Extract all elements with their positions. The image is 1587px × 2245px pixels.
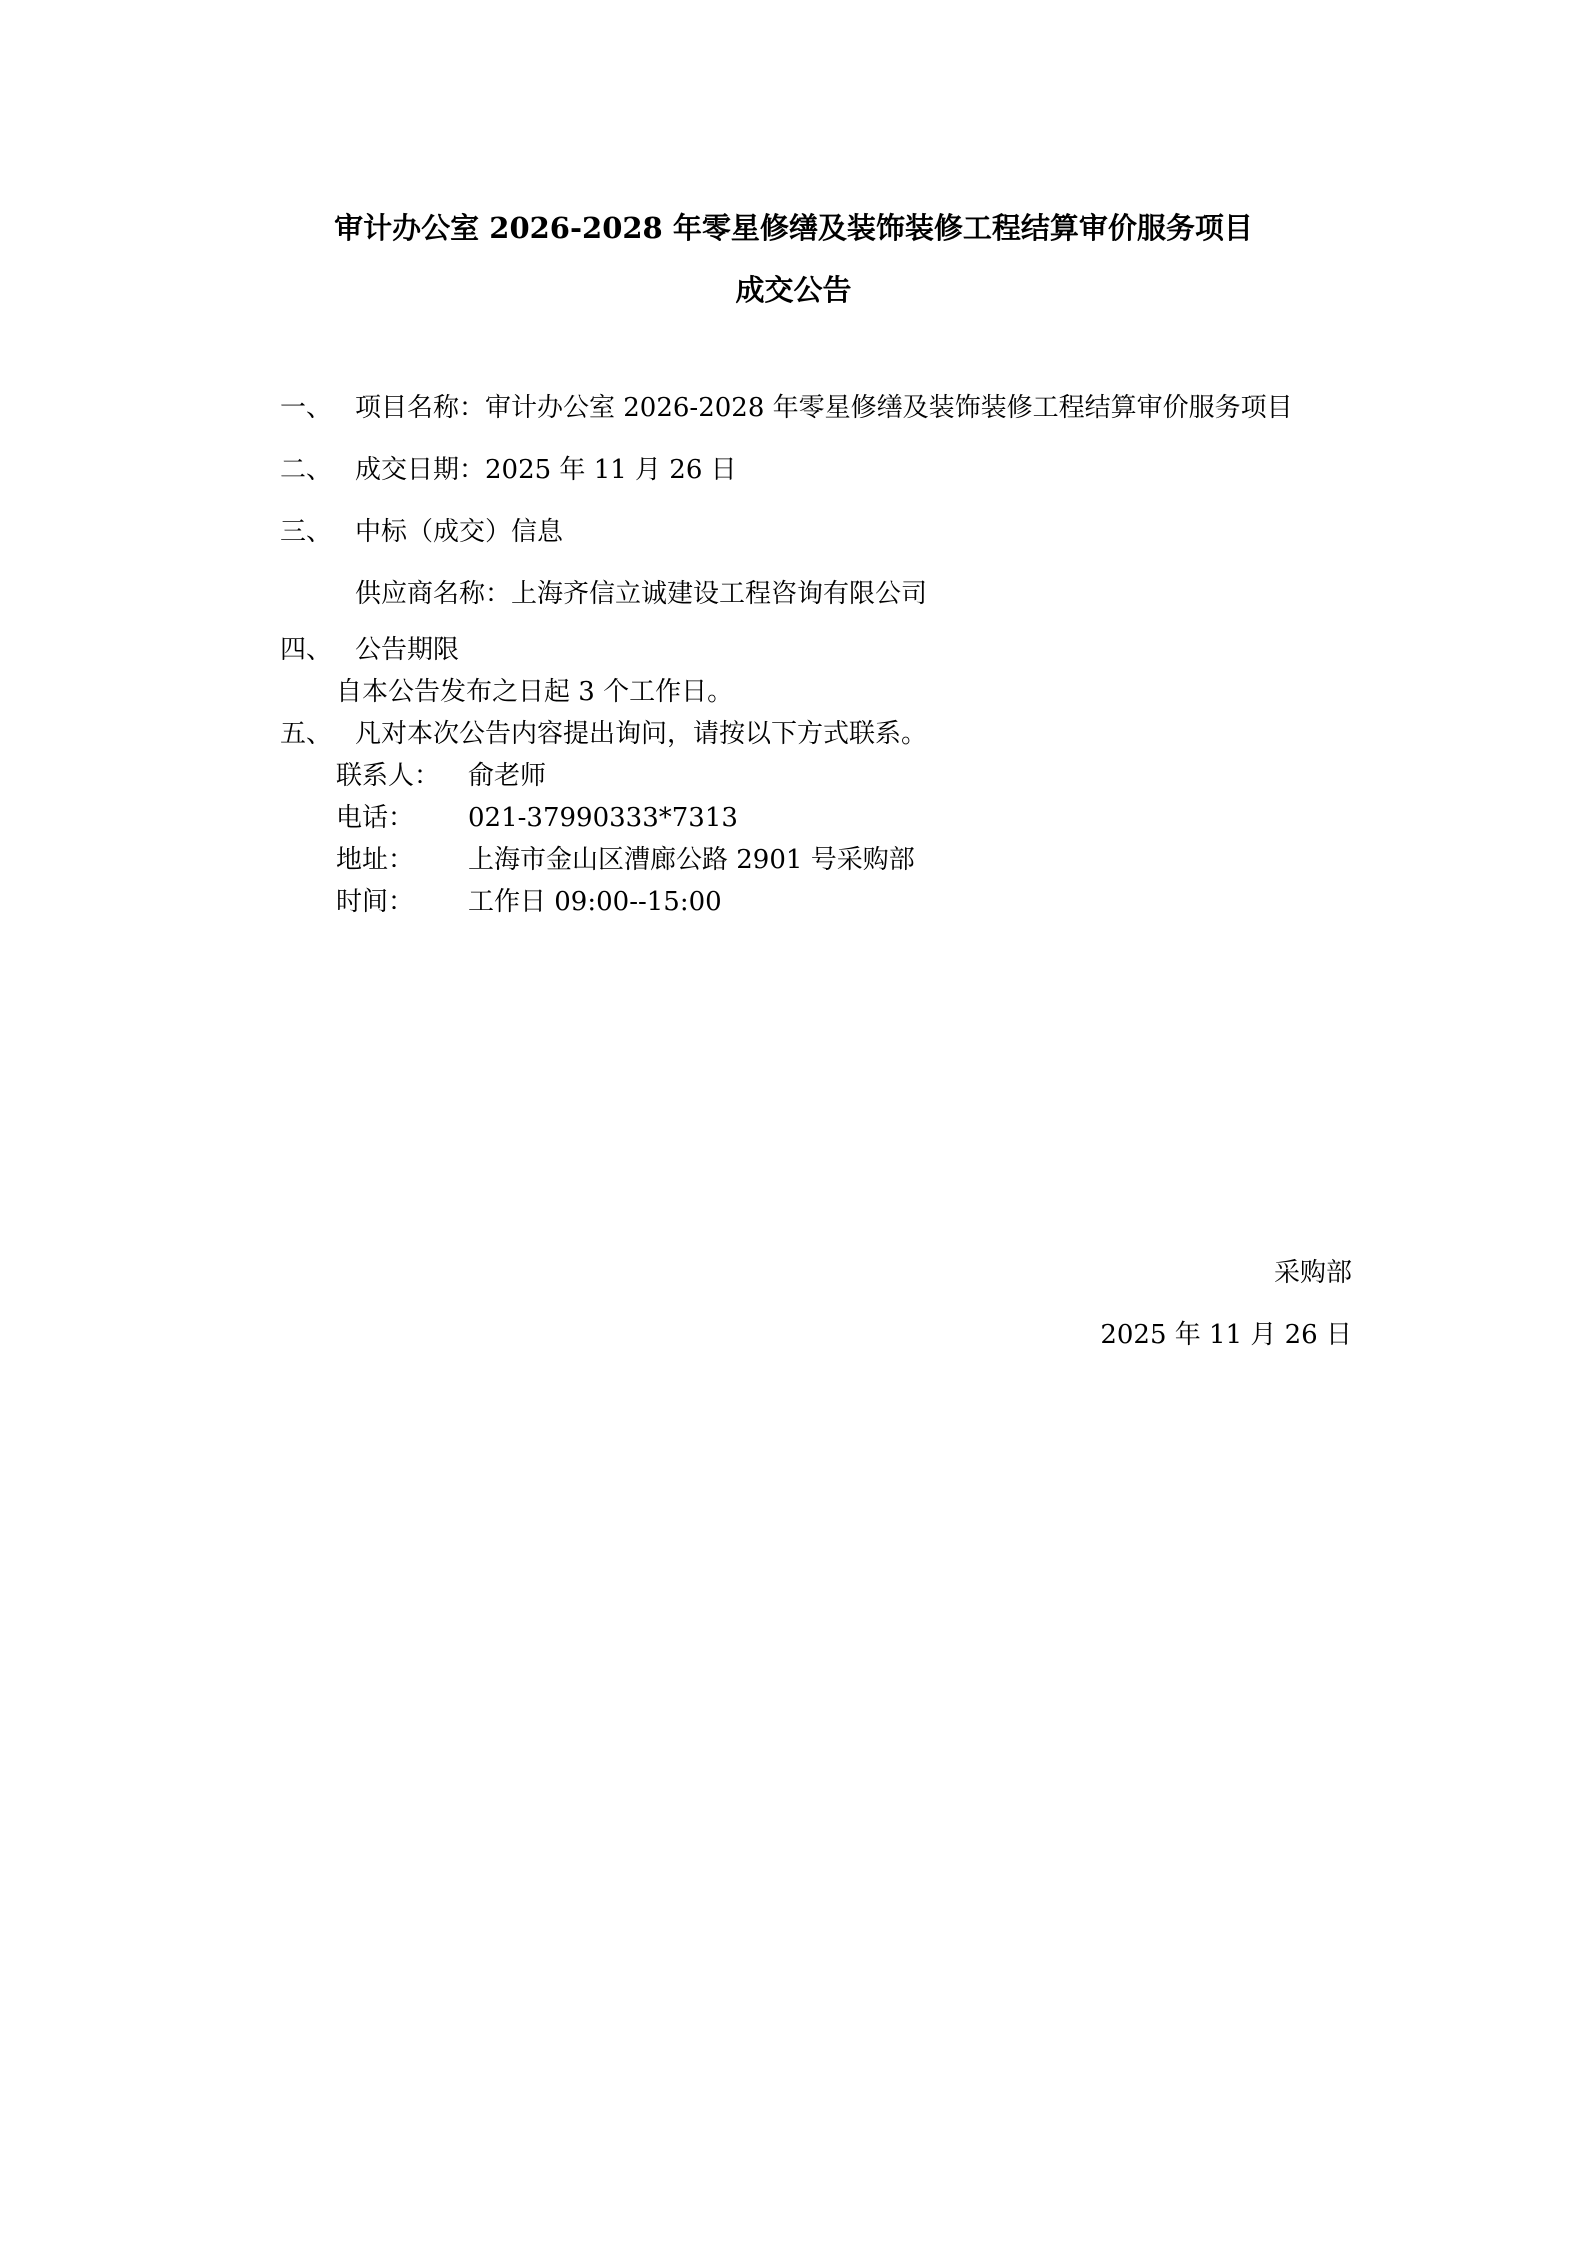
- contact-value: 俞老师: [468, 760, 546, 792]
- supplier-name: 供应商名称：上海齐信立诚建设工程咨询有限公司: [355, 578, 927, 610]
- notice-period-text: 自本公告发布之日起 3 个工作日。: [336, 676, 733, 708]
- phone-value: 021-37990333*7313: [468, 802, 738, 834]
- document-title: 审计办公室 2026-2028 年零星修缮及装饰装修工程结算审价服务项目: [0, 206, 1587, 247]
- address-label: 地址：: [336, 844, 414, 876]
- section-number: 一、: [280, 392, 332, 424]
- section-number: 二、: [280, 454, 332, 486]
- section-number: 三、: [280, 516, 332, 548]
- deal-date: 成交日期：2025 年 11 月 26 日: [355, 454, 737, 486]
- winning-info-heading: 中标（成交）信息: [355, 516, 563, 548]
- signature-department: 采购部: [1274, 1252, 1352, 1289]
- hours-label: 时间：: [336, 886, 414, 918]
- project-name: 项目名称：审计办公室 2026-2028 年零星修缮及装饰装修工程结算审价服务项…: [355, 392, 1293, 424]
- contact-label: 联系人：: [336, 760, 440, 792]
- notice-period-heading: 公告期限: [355, 634, 459, 666]
- phone-label: 电话：: [336, 802, 414, 834]
- document-subtitle: 成交公告: [0, 268, 1587, 309]
- hours-value: 工作日 09:00--15:00: [468, 886, 722, 918]
- signature-date: 2025 年 11 月 26 日: [1100, 1314, 1352, 1351]
- section-number: 五、: [280, 718, 332, 750]
- address-value: 上海市金山区漕廊公路 2901 号采购部: [468, 844, 915, 876]
- inquiry-heading: 凡对本次公告内容提出询问，请按以下方式联系。: [355, 718, 927, 750]
- document-page: 审计办公室 2026-2028 年零星修缮及装饰装修工程结算审价服务项目 成交公…: [0, 0, 1587, 2245]
- section-number: 四、: [280, 634, 332, 666]
